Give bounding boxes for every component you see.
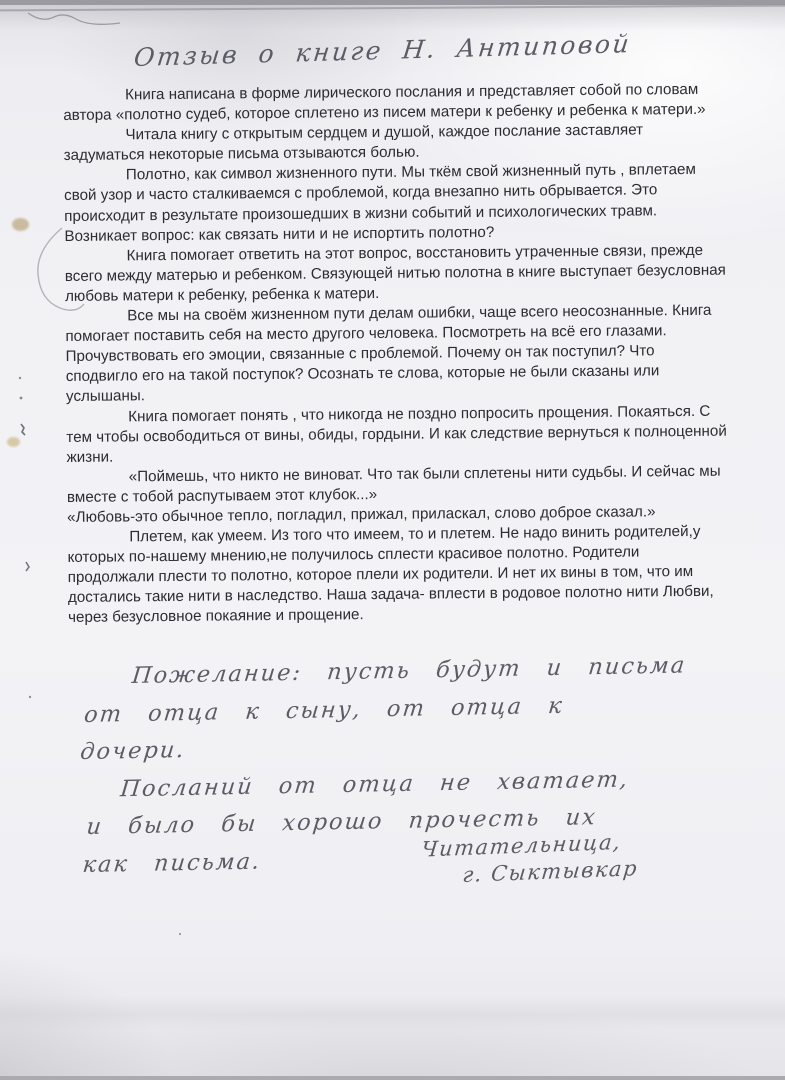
typed-review-body: Книга написана в форме лирического посла… <box>63 80 730 629</box>
stain-mark <box>12 218 29 231</box>
paper-wrinkle <box>0 996 785 1030</box>
scanned-document-page: Отзыв о книге Н. Антиповой Книга написан… <box>0 0 785 1080</box>
paragraph: Читала книгу с открытым сердцем и душой,… <box>63 120 725 167</box>
paper-edge-shadow <box>0 5 785 31</box>
paragraph: Все мы на своём жизненном пути делам оши… <box>65 301 728 408</box>
paper-bottom-edge <box>0 1076 785 1080</box>
note-line: от отца к сыну, от отца к дочери. <box>78 685 690 772</box>
signature-block: Читательница, г. Сыктывкар <box>417 827 662 890</box>
stain-mark <box>7 437 20 447</box>
paragraph: Плетем, как умеем. Из того что имеем, то… <box>67 522 730 629</box>
handwritten-title: Отзыв о книге Н. Антиповой <box>132 29 632 72</box>
paragraph: «Поймешь, что никто не виноват. Что так … <box>67 461 729 508</box>
paragraph: Книга написана в форме лирического посла… <box>63 80 725 127</box>
paragraph: Книга помогает понять , что никогда не п… <box>66 401 729 468</box>
paragraph: Полотно, как символ жизненного пути. Мы … <box>64 160 727 247</box>
paragraph: Книга помогает ответить на этот вопрос, … <box>65 240 728 307</box>
